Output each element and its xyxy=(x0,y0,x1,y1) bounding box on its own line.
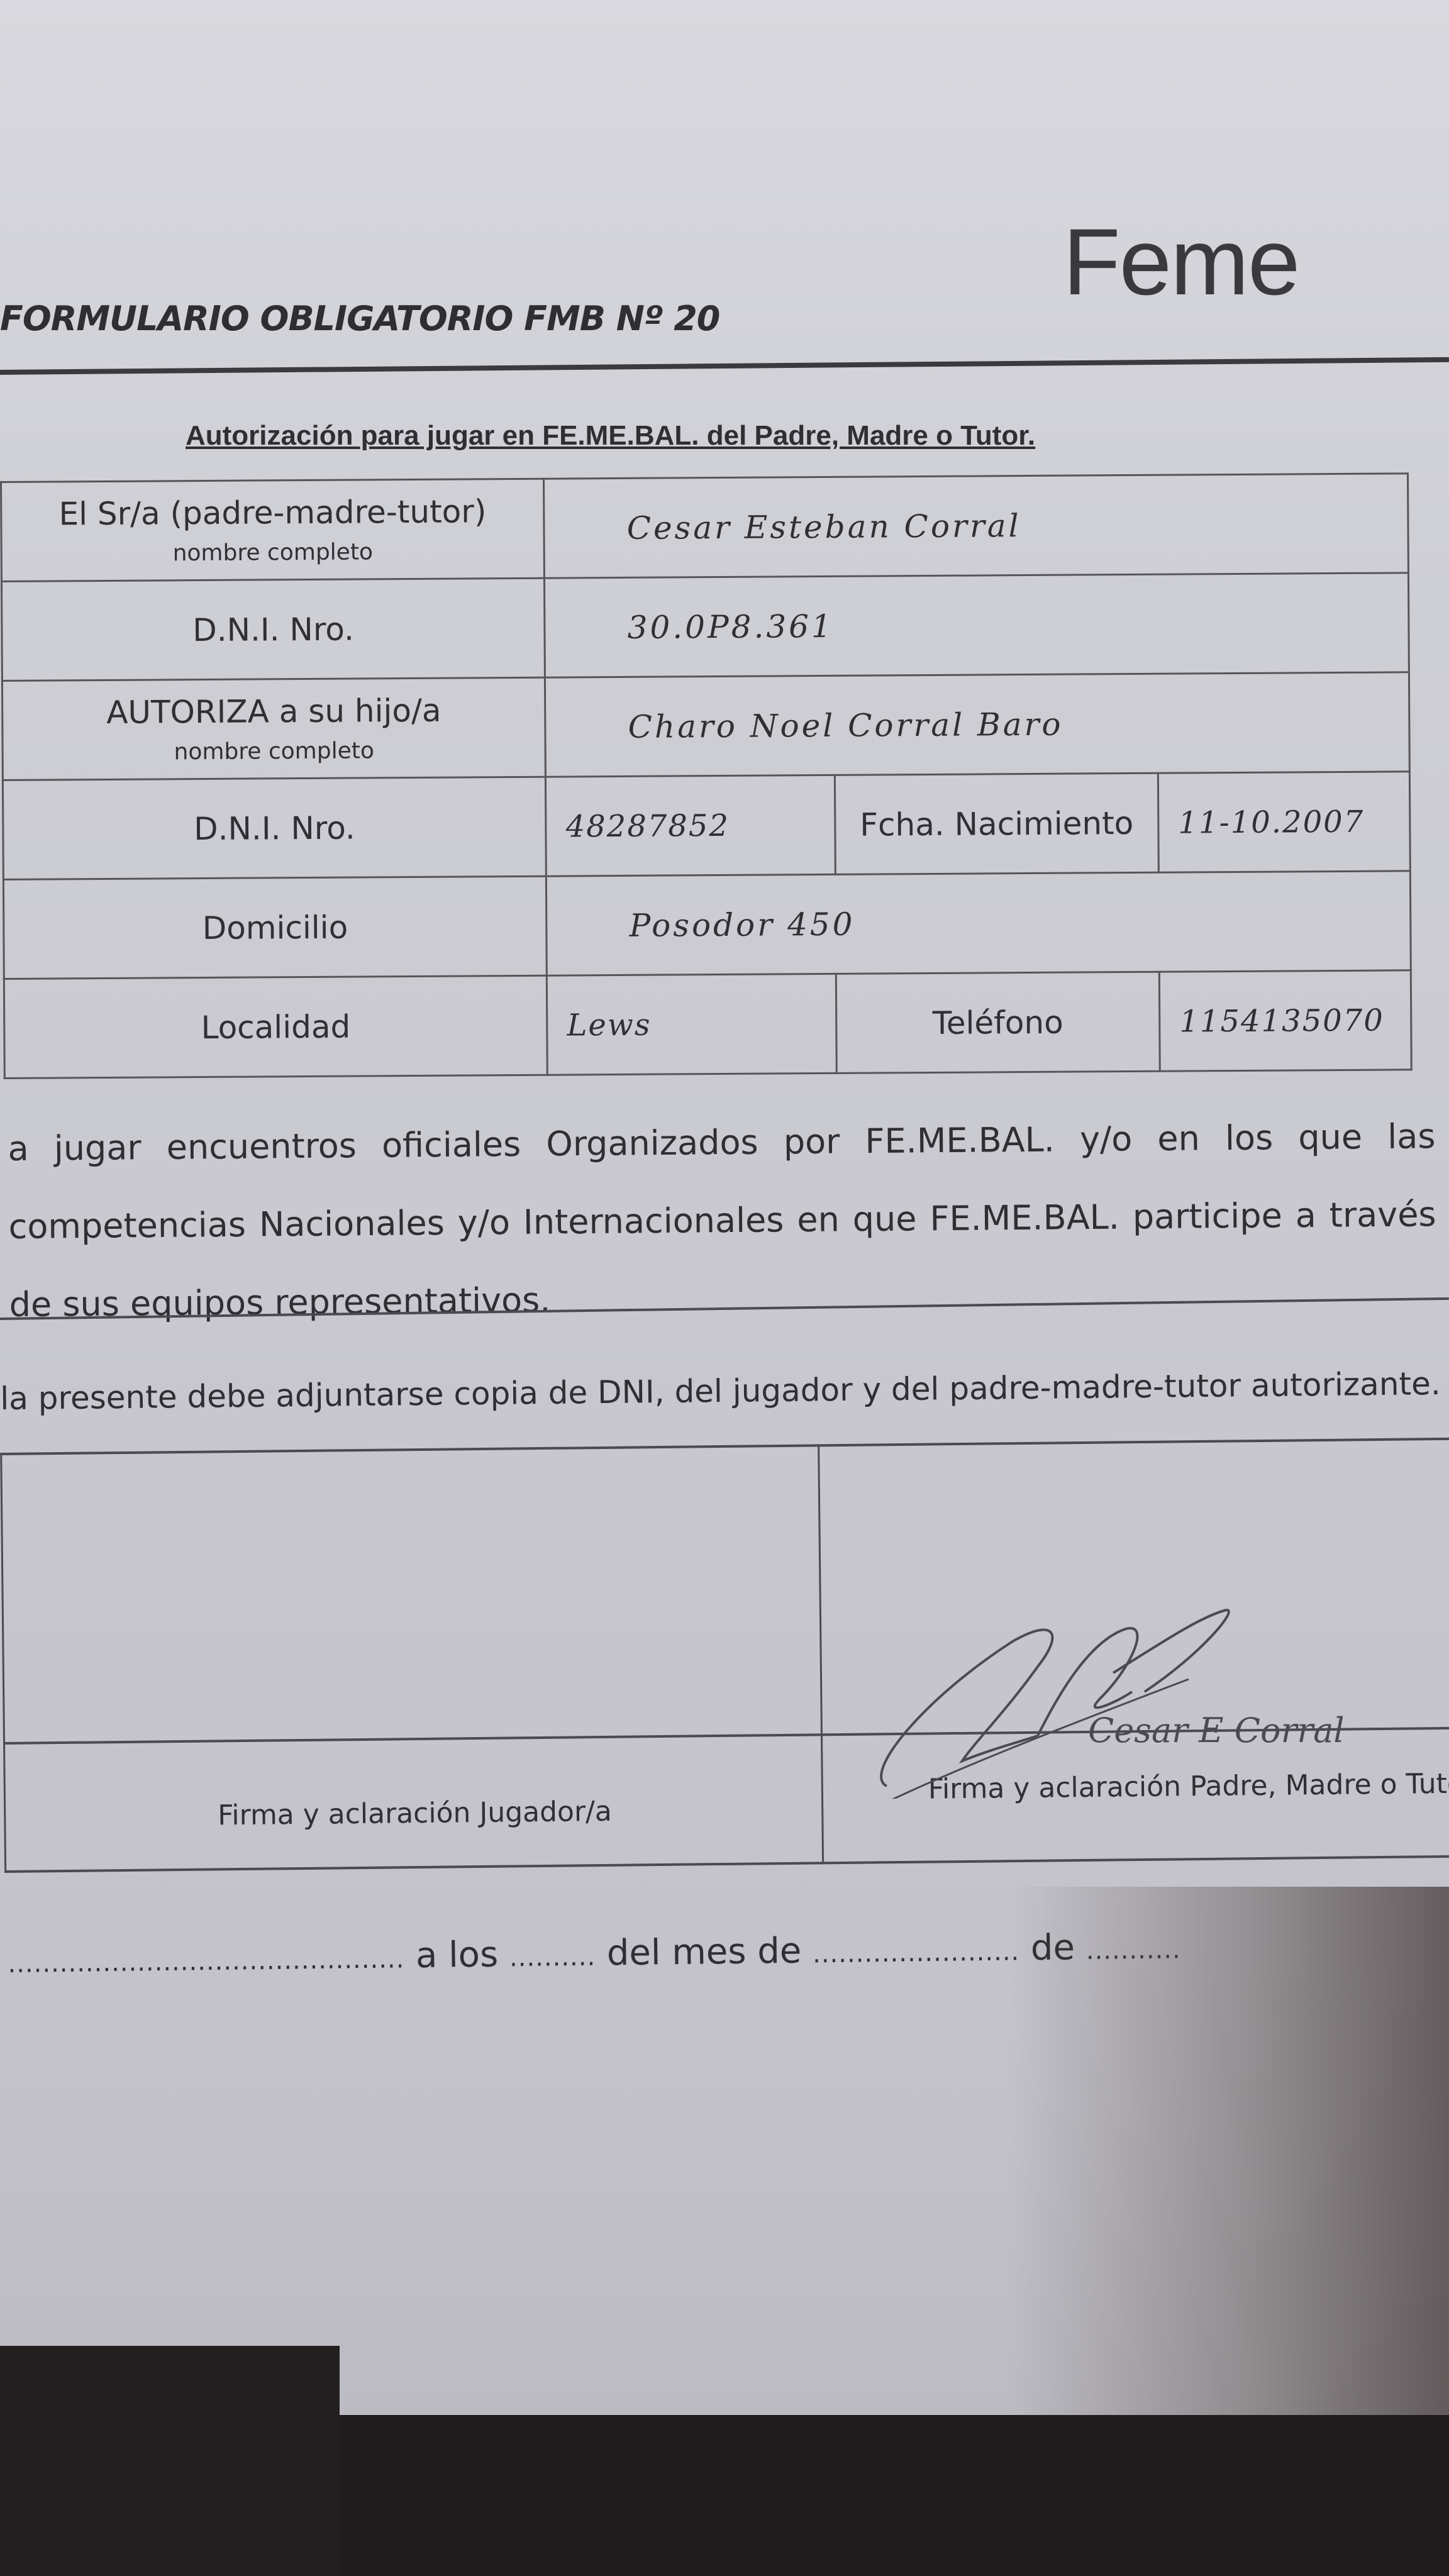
address-field[interactable]: Posodor 450 xyxy=(547,871,1411,975)
form-subtitle: Autorización para jugar en FE.ME.BAL. de… xyxy=(186,420,1035,452)
child-name-field[interactable]: Charo Noel Corral Baro xyxy=(545,672,1410,777)
attachment-note: la presente debe adjuntarse copia de DNI… xyxy=(0,1365,1441,1417)
table-row: D.N.I. Nro. 30.0P8.361 xyxy=(1,573,1409,681)
date-text-a-los: a los xyxy=(404,1934,510,1976)
table-row: AUTORIZA a su hijo/a nombre completo Cha… xyxy=(2,672,1409,780)
child-dni-label: D.N.I. Nro. xyxy=(3,777,546,879)
header-divider xyxy=(0,357,1449,375)
birth-date-field[interactable]: 11-10.2007 xyxy=(1158,772,1410,872)
locality-field[interactable]: Lews xyxy=(547,974,836,1075)
address-label: Domicilio xyxy=(3,876,547,979)
femebal-logo: Feme xyxy=(1063,208,1299,316)
phone-label: Teléfono xyxy=(836,972,1160,1073)
player-signature-caption: Firma y aclaración Jugador/a xyxy=(218,1796,612,1832)
birth-date-label: Fcha. Nacimiento xyxy=(835,773,1158,874)
form-title: FORMULARIO OBLIGATORIO FMB Nº 20 xyxy=(0,299,719,338)
locality-label: Localidad xyxy=(4,975,547,1078)
label-text: AUTORIZA a su hijo/a xyxy=(106,692,441,731)
day-blank[interactable]: .......... xyxy=(509,1943,596,1973)
label-sub: nombre completo xyxy=(4,737,545,766)
child-name-label: AUTORIZA a su hijo/a nombre completo xyxy=(2,677,545,780)
month-blank[interactable]: ........................ xyxy=(813,1937,1020,1968)
table-row: Localidad Lews Teléfono 1154135070 xyxy=(4,970,1411,1079)
parent-name-label: El Sr/a (padre-madre-tutor) nombre compl… xyxy=(1,479,545,581)
parent-name-field[interactable]: Cesar Esteban Corral xyxy=(544,474,1409,578)
table-surface xyxy=(0,2415,1449,2576)
place-blank[interactable]: ........................................… xyxy=(8,1945,404,1979)
parent-dni-field[interactable]: 30.0P8.361 xyxy=(545,573,1409,677)
child-dni-field[interactable]: 48287852 xyxy=(546,775,835,876)
scanned-form-page: Feme FORMULARIO OBLIGATORIO FMB Nº 20 Au… xyxy=(0,0,1449,2576)
table-row: D.N.I. Nro. 48287852 Fcha. Nacimiento 11… xyxy=(3,772,1410,880)
date-text-del-mes: del mes de xyxy=(596,1930,813,1974)
date-line: ........................................… xyxy=(8,1926,1181,1981)
authorization-table: El Sr/a (padre-madre-tutor) nombre compl… xyxy=(0,472,1413,1079)
table-row: Domicilio Posodor 450 xyxy=(3,871,1411,979)
phone-field[interactable]: 1154135070 xyxy=(1159,970,1411,1071)
parent-signature: Cesar E Corral xyxy=(849,1535,1415,1799)
signature-clarification: Cesar E Corral xyxy=(1088,1711,1345,1750)
label-sub: nombre completo xyxy=(3,538,543,567)
parent-dni-label: D.N.I. Nro. xyxy=(1,578,545,680)
table-row: El Sr/a (padre-madre-tutor) nombre compl… xyxy=(1,474,1409,582)
label-text: El Sr/a (padre-madre-tutor) xyxy=(58,493,486,532)
object-under-page xyxy=(0,2346,340,2576)
